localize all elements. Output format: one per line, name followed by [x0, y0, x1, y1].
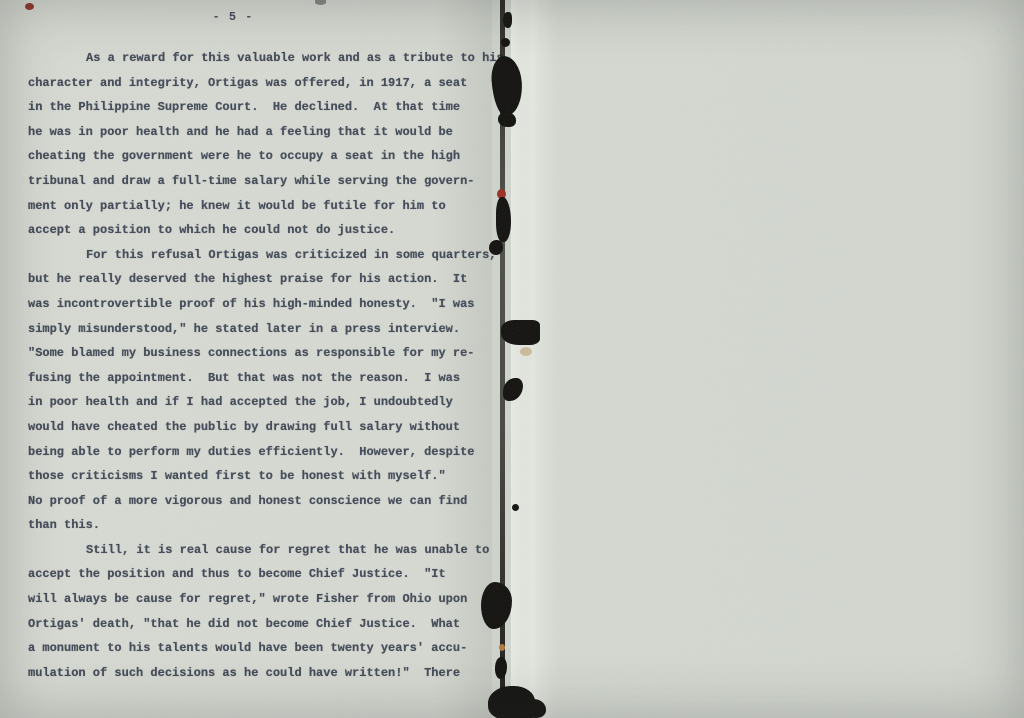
text-line: accept a position to which he could not … [28, 218, 484, 243]
ink-stain [496, 197, 511, 242]
ink-stain [501, 38, 510, 47]
page-5-text-column: As a reward for this valuable work and a… [28, 46, 484, 685]
page-number: - 5 - [28, 10, 438, 24]
text-line: in poor health and if I had accepted the… [28, 390, 484, 415]
text-line: ment only partially; he knew it would be… [28, 194, 484, 219]
text-line: in the Philippine Supreme Court. He decl… [28, 95, 484, 120]
ink-stain [481, 582, 512, 629]
ink-stain [495, 657, 507, 679]
text-line: For this refusal Ortigas was criticized … [28, 243, 484, 268]
text-line: accept the position and thus to become C… [28, 562, 484, 587]
text-line: he was in poor health and he had a feeli… [28, 120, 484, 145]
text-line: would have cheated the public by drawing… [28, 415, 484, 440]
ink-stain [501, 320, 540, 345]
red-ink-spot [25, 3, 34, 10]
text-line: character and integrity, Ortigas was off… [28, 71, 484, 96]
text-line: mulation of such decisions as he could h… [28, 661, 484, 686]
text-line: tribunal and draw a full-time salary whi… [28, 169, 484, 194]
text-line: those criticisms I wanted first to be ho… [28, 464, 484, 489]
page-6: - 6 - is no doubt that had he accepted t… [512, 0, 1024, 718]
paper-fragment [520, 347, 532, 356]
text-line: fusing the appointment. But that was not… [28, 366, 484, 391]
text-line: being able to perform my duties efficien… [28, 440, 484, 465]
text-line: but he really deserved the highest prais… [28, 267, 484, 292]
paragraph: As a reward for this valuable work and a… [28, 46, 484, 243]
ink-stain [512, 504, 519, 511]
text-line: Still, it is real cause for regret that … [28, 538, 484, 563]
paragraph: For this refusal Ortigas was criticized … [28, 243, 484, 538]
ink-stain [489, 240, 503, 255]
text-line: simply misunderstood," he stated later i… [28, 317, 484, 342]
text-line: cheating the government were he to occup… [28, 144, 484, 169]
text-line: No proof of a more vigorous and honest c… [28, 489, 484, 514]
ink-stain [523, 699, 546, 718]
text-line: As a reward for this valuable work and a… [28, 46, 484, 71]
text-line: a monument to his talents would have bee… [28, 636, 484, 661]
paragraph: Still, it is real cause for regret that … [28, 538, 484, 686]
ink-stain [498, 112, 516, 127]
text-line: than this. [28, 513, 484, 538]
text-line: Ortigas' death, "that he did not become … [28, 612, 484, 637]
text-line: "Some blamed my business connections as … [28, 341, 484, 366]
scanned-document: { "document": { "ink_color": "#414856", … [0, 0, 1024, 718]
page-5: - 5 - As a reward for this valuable work… [0, 0, 492, 718]
text-line: was incontrovertible proof of his high-m… [28, 292, 484, 317]
text-line: will always be cause for regret," wrote … [28, 587, 484, 612]
orange-spot [499, 644, 505, 651]
edge-smudge [315, 0, 326, 5]
ink-stain [503, 12, 512, 28]
